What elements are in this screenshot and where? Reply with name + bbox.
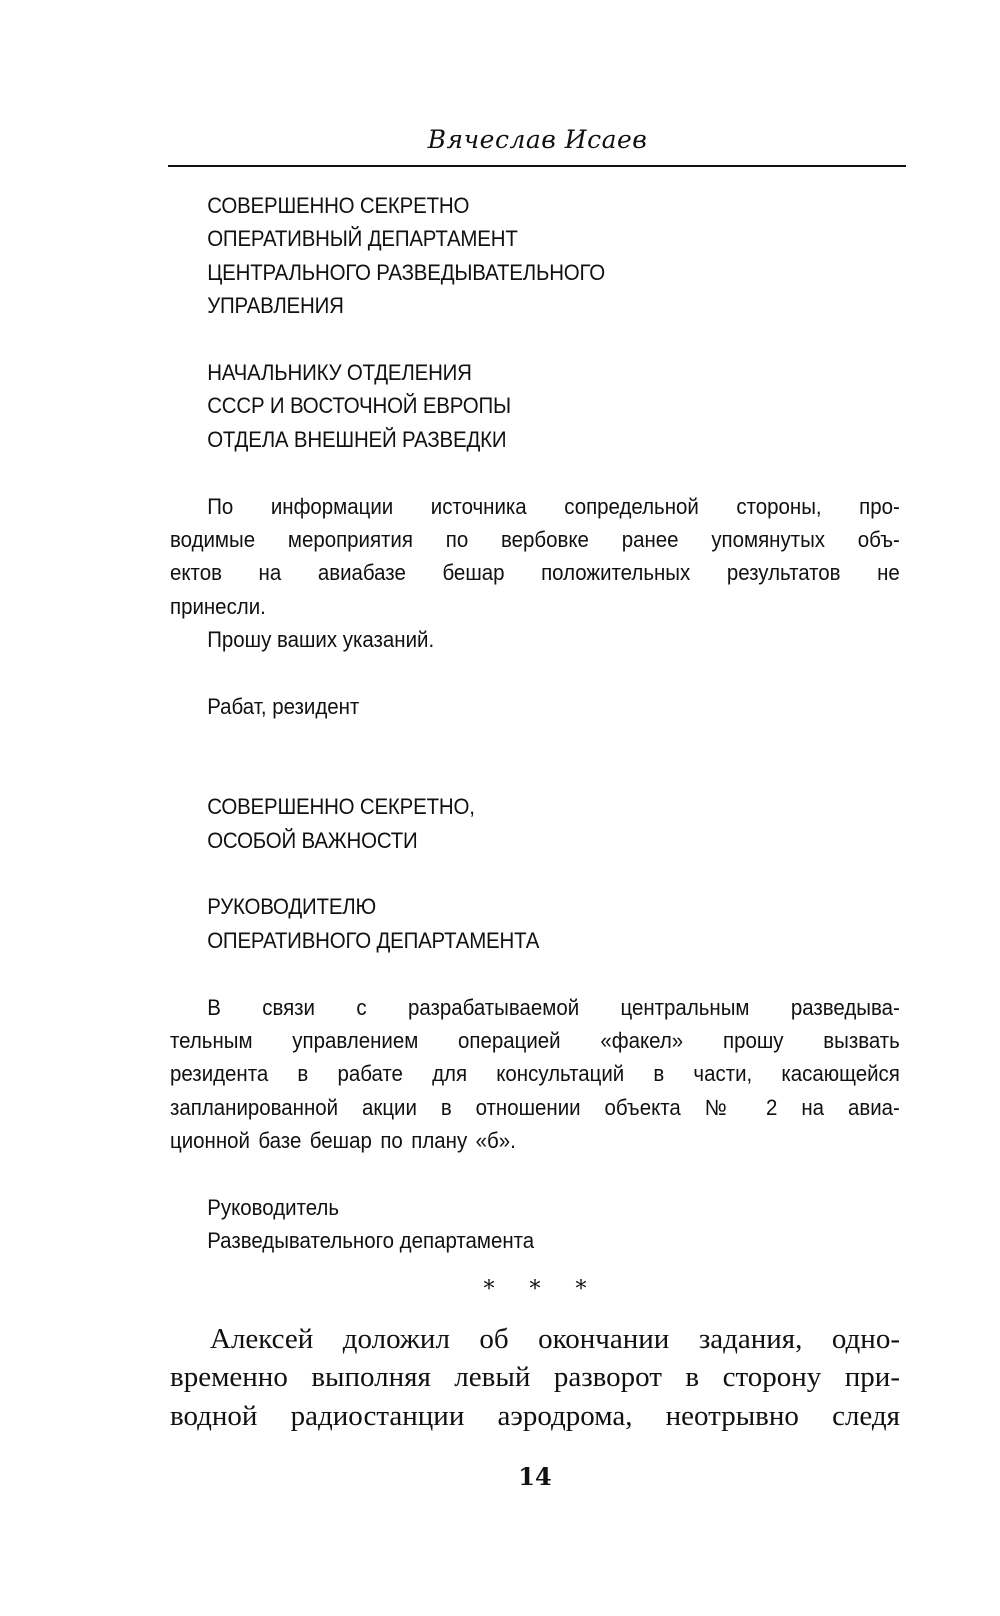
narrative-line: временно выполняя левый разворот в сторо… <box>170 1358 900 1397</box>
doc1-addressee: НАЧАЛЬНИКУ ОТДЕЛЕНИЯ СССР И ВОСТОЧНОЙ ЕВ… <box>170 356 900 456</box>
doc1-request: Прошу ваших указаний. <box>170 623 849 656</box>
doc1-signature-line: Рабат, резидент <box>170 690 849 723</box>
doc1-addressee-line: СССР И ВОСТОЧНОЙ ЕВРОПЫ <box>170 389 849 422</box>
doc1-body-line: ектов на авиабазе бешар положительных ре… <box>170 556 900 589</box>
book-page: Вячеслав Исаев СОВЕРШЕННО СЕКРЕТНО ОПЕРА… <box>0 0 1000 1616</box>
spacer <box>170 857 900 890</box>
doc2-classification-line: СОВЕРШЕННО СЕКРЕТНО, <box>170 790 849 823</box>
doc1-body-line: принесли. <box>170 590 900 623</box>
doc2-classification-line: ОСОБОЙ ВАЖНОСТИ <box>170 824 849 857</box>
doc2-body-line: резидента в рабате для консультаций в ча… <box>170 1057 900 1090</box>
header-rule <box>168 165 906 167</box>
doc2-addressee-line: ОПЕРАТИВНОГО ДЕПАРТАМЕНТА <box>170 924 849 957</box>
spacer <box>170 957 900 990</box>
spacer <box>170 456 900 489</box>
doc1-classification-line: СОВЕРШЕННО СЕКРЕТНО <box>170 189 849 222</box>
doc1-addressee-line: НАЧАЛЬНИКУ ОТДЕЛЕНИЯ <box>170 356 849 389</box>
spacer <box>170 323 900 356</box>
section-break-asterisks: * * * <box>170 1272 900 1308</box>
doc2-signature-line: Разведывательного департамента <box>170 1224 849 1257</box>
spacer <box>170 657 900 690</box>
page-number: 14 <box>170 1462 900 1492</box>
doc1-classification: СОВЕРШЕННО СЕКРЕТНО ОПЕРАТИВНЫЙ ДЕПАРТАМ… <box>170 189 900 323</box>
doc2-body-line: запланированной акции в отношении объект… <box>170 1091 900 1124</box>
page-content: СОВЕРШЕННО СЕКРЕТНО ОПЕРАТИВНЫЙ ДЕПАРТАМ… <box>170 189 900 1435</box>
narrative-line: Алексей доложил об окончании задания, од… <box>170 1320 900 1359</box>
spacer <box>170 723 900 790</box>
doc2-addressee-line: РУКОВОДИТЕЛЮ <box>170 890 849 923</box>
doc1-signature: Рабат, резидент <box>170 690 900 723</box>
doc2-signature: Руководитель Разведывательного департаме… <box>170 1191 900 1258</box>
spacer <box>170 1158 900 1191</box>
doc1-body: По информации источника сопредельной сто… <box>170 490 900 657</box>
doc1-addressee-line: ОТДЕЛА ВНЕШНЕЙ РАЗВЕДКИ <box>170 423 849 456</box>
doc1-classification-line: ЦЕНТРАЛЬНОГО РАЗВЕДЫВАТЕЛЬНОГО <box>170 256 849 289</box>
doc1-classification-line: УПРАВЛЕНИЯ <box>170 289 849 322</box>
doc2-body-line: ционной базе бешар по плану «б». <box>170 1124 900 1157</box>
doc2-body-line: тельным управлением операцией «факел» пр… <box>170 1024 900 1057</box>
doc1-body-line: По информации источника сопредельной сто… <box>170 490 900 523</box>
narrative-paragraph: Алексей доложил об окончании задания, од… <box>170 1320 900 1436</box>
doc2-body: В связи с разрабатываемой центральным ра… <box>170 991 900 1158</box>
doc2-signature-line: Руководитель <box>170 1191 849 1224</box>
running-head-author: Вячеслав Исаев <box>170 124 905 156</box>
doc2-classification: СОВЕРШЕННО СЕКРЕТНО, ОСОБОЙ ВАЖНОСТИ <box>170 790 900 857</box>
narrative-line: водной радиостанции аэродрома, неотрывно… <box>170 1397 900 1436</box>
doc2-addressee: РУКОВОДИТЕЛЮ ОПЕРАТИВНОГО ДЕПАРТАМЕНТА <box>170 890 900 957</box>
doc2-body-line: В связи с разрабатываемой центральным ра… <box>170 991 900 1024</box>
doc1-classification-line: ОПЕРАТИВНЫЙ ДЕПАРТАМЕНТ <box>170 222 849 255</box>
doc1-body-line: водимые мероприятия по вербовке ранее уп… <box>170 523 900 556</box>
